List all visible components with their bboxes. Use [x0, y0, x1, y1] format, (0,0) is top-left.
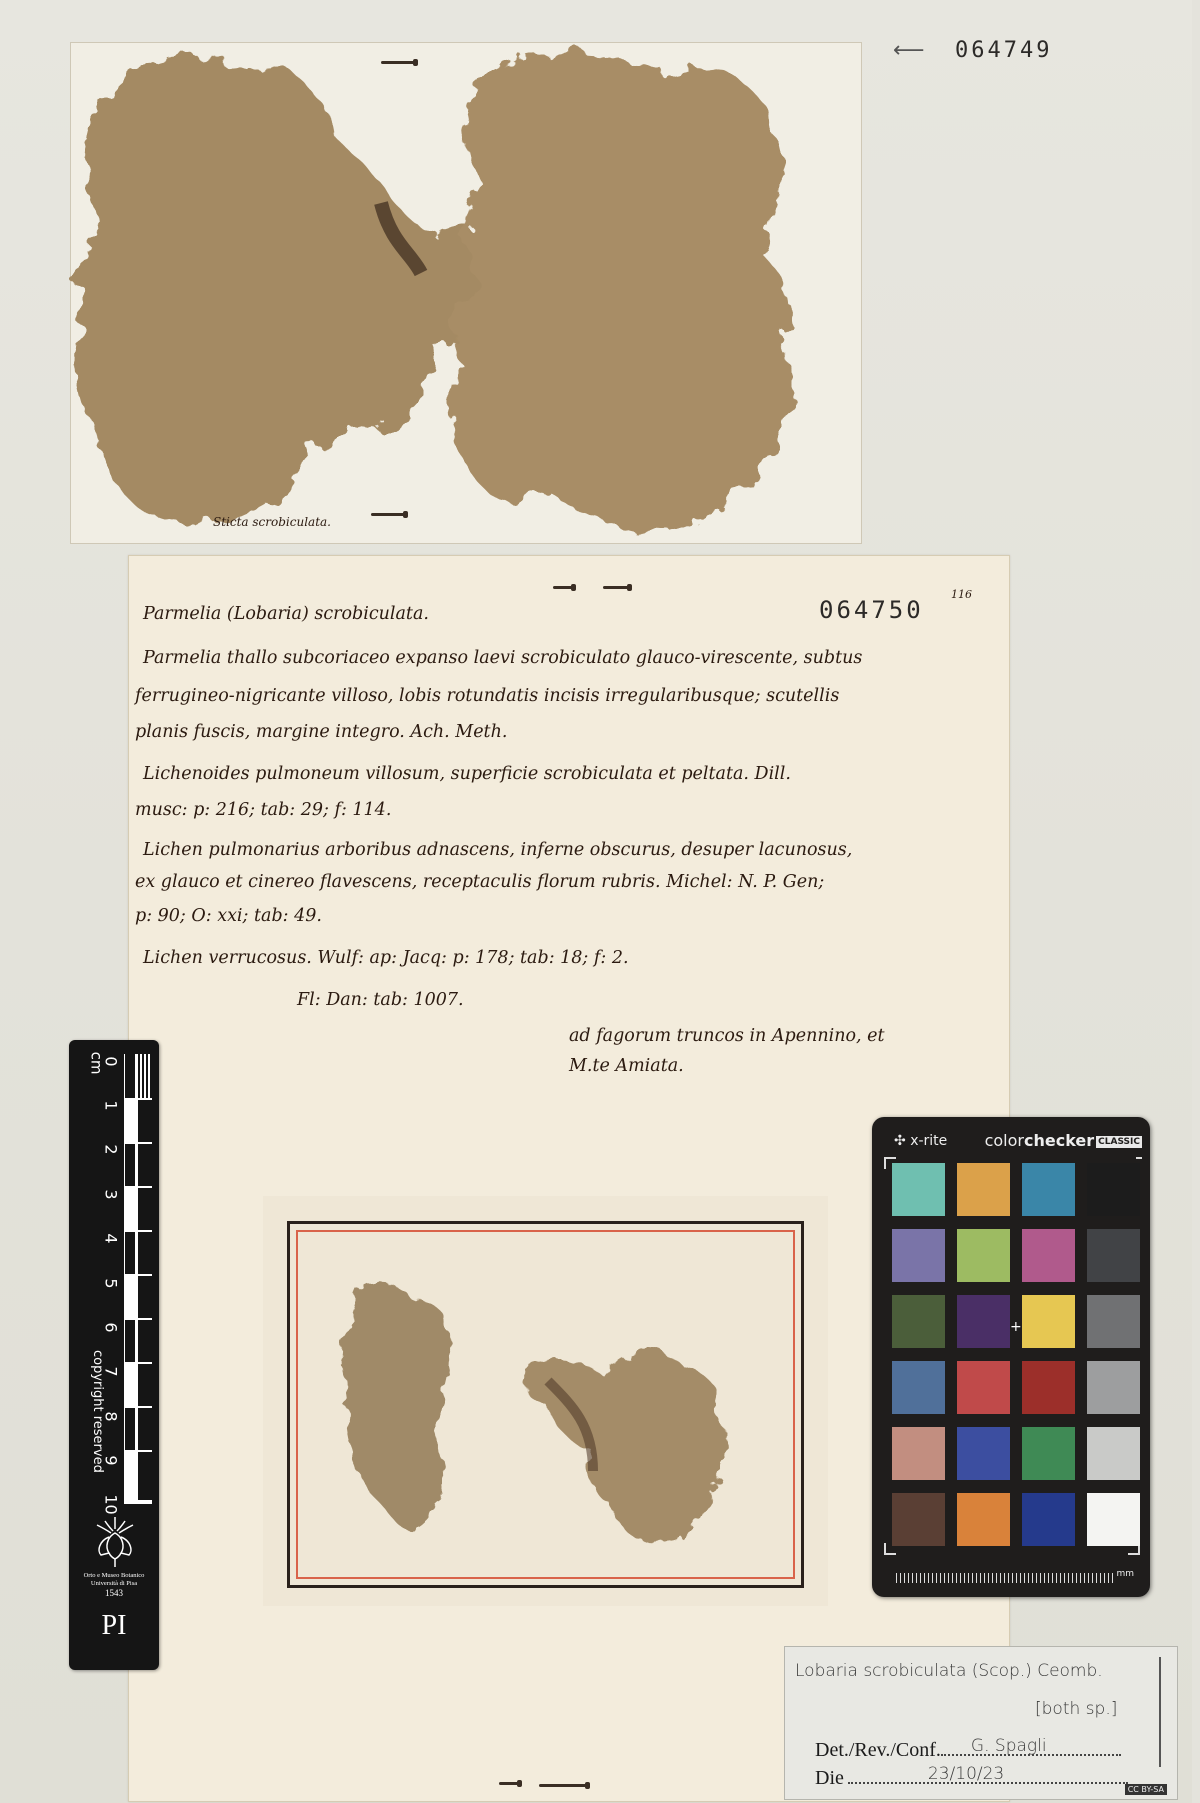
pin: [381, 61, 415, 64]
color-patch: [957, 1427, 1010, 1480]
color-patch: [1022, 1229, 1075, 1282]
det-row: Det./Rev./Conf.G. Spagli: [815, 1739, 1121, 1762]
ruler-tick: 4: [102, 1233, 121, 1243]
label-line: p: 90; O: xxi; tab: 49.: [135, 906, 322, 926]
color-patch: [957, 1163, 1010, 1216]
fritillaria-logo-icon: [91, 1515, 139, 1570]
label-corner-note: 116: [951, 588, 972, 601]
label-line: ex glauco et cinereo flavescens, recepta…: [135, 872, 824, 892]
color-patch: [1022, 1295, 1075, 1348]
color-patch: [1087, 1361, 1140, 1414]
color-patch-grid: [892, 1163, 1140, 1546]
license-badge: CC BY-SA: [1125, 1784, 1167, 1795]
color-patch: [1022, 1427, 1075, 1480]
pin: [499, 1782, 519, 1785]
color-patch: [957, 1493, 1010, 1546]
label-pin: [1159, 1657, 1161, 1767]
ruler-tick: 5: [102, 1278, 121, 1288]
label-line: Lichen pulmonarius arboribus adnascens, …: [143, 840, 852, 860]
lichen-specimen-bottom: [263, 1196, 828, 1606]
framed-specimen-card: [263, 1196, 828, 1606]
color-patch: [1087, 1229, 1140, 1282]
label-line: musc: p: 216; tab: 29; f: 114.: [135, 800, 391, 820]
color-patch: [892, 1229, 945, 1282]
institution-name: Orto e Museo Botanico: [69, 1572, 159, 1579]
color-patch: [1087, 1295, 1140, 1348]
mm-scale: [896, 1573, 1116, 1583]
color-patch: [957, 1229, 1010, 1282]
color-patch: [892, 1427, 945, 1480]
xrite-brand: ✣ x-rite: [894, 1133, 947, 1149]
date-prefix: Die: [815, 1767, 844, 1789]
taxon-note: [both sp.]: [1035, 1699, 1117, 1719]
color-patch: [892, 1361, 945, 1414]
color-patch: [892, 1493, 945, 1546]
determination-date: 23/10/23: [928, 1764, 1004, 1784]
ruler-tick: 3: [102, 1189, 121, 1199]
color-patch: [1022, 1163, 1075, 1216]
institution-name: Università di Pisa: [69, 1580, 159, 1587]
ruler-scale-bar: [124, 1054, 152, 1504]
lichen-specimen-top: [21, 13, 921, 573]
ruler-tick: 10: [102, 1494, 121, 1514]
brand-text: x-rite: [910, 1133, 947, 1149]
label-line: Fl: Dan: tab: 1007.: [297, 990, 464, 1010]
label-line-locality: M.te Amiata.: [569, 1056, 684, 1076]
label-line: Lichenoides pulmoneum villosum, superfic…: [143, 764, 791, 784]
label-line: Lichen verrucosus. Wulf: ap: Jacq: p: 17…: [143, 948, 629, 968]
label-line: Parmelia thallo subcoriaceo expanso laev…: [143, 648, 862, 668]
det-prefix: Det./Rev./Conf.: [815, 1739, 941, 1761]
pin: [539, 1784, 587, 1787]
top-specimen-packet: Sticta scrobiculata.: [70, 42, 862, 544]
pin: [371, 513, 405, 516]
pin: [553, 586, 573, 589]
color-patch: [892, 1295, 945, 1348]
color-patch: [1087, 1427, 1140, 1480]
copyright-notice: copyright reserved: [90, 1350, 105, 1473]
color-patch: [892, 1163, 945, 1216]
color-patch: [1087, 1493, 1140, 1546]
color-patch: [1022, 1361, 1075, 1414]
determination-label: Lobaria scrobiculata (Scop.) Ceomb. [bot…: [784, 1646, 1178, 1800]
taxon-name: Lobaria scrobiculata (Scop.) Ceomb.: [795, 1661, 1103, 1681]
product-light: color: [985, 1131, 1024, 1150]
pin: [603, 586, 629, 589]
catalog-number-label: 064750: [819, 596, 924, 624]
product-bold: checker: [1024, 1131, 1094, 1150]
ruler-tick: 1: [102, 1100, 121, 1110]
color-patch: [957, 1295, 1010, 1348]
classic-badge: CLASSIC: [1096, 1136, 1142, 1148]
date-row: Die 23/10/23: [815, 1767, 1128, 1790]
herbarium-code: PI: [69, 1610, 159, 1642]
catalog-number-top: 064749: [955, 38, 1052, 63]
color-patch: [1087, 1163, 1140, 1216]
ruler-tick: 2: [102, 1144, 121, 1154]
ruler-tick: 0: [102, 1056, 121, 1066]
institution-year: 1543: [69, 1588, 159, 1598]
herbarium-sheet: Sticta scrobiculata. ⟵ 064749 064750 116…: [0, 0, 1192, 1803]
arrow-left-icon: ⟵: [893, 38, 925, 63]
color-checker-card: ✣ x-rite colorcheckerCLASSIC: [872, 1117, 1150, 1597]
crosshair-icon: +: [1010, 1319, 1022, 1335]
ruler-tick: 6: [102, 1322, 121, 1332]
determiner-name: G. Spagli: [971, 1736, 1047, 1756]
color-patch: [1022, 1493, 1075, 1546]
colorchecker-product: colorcheckerCLASSIC: [985, 1131, 1142, 1150]
xrite-logo-icon: ✣: [894, 1133, 906, 1149]
label-line-title: Parmelia (Lobaria) scrobiculata.: [143, 604, 429, 624]
color-patch: [957, 1361, 1010, 1414]
label-line: ferrugineo-nigricante villoso, lobis rot…: [135, 686, 839, 706]
top-paper-annotation: Sticta scrobiculata.: [213, 515, 331, 529]
label-line: planis fuscis, margine integro. Ach. Met…: [135, 722, 507, 742]
scale-ruler: cm 0 1 2 3 4 5 6 7 8 9 10 copyright r: [69, 1040, 159, 1670]
label-line-locality: ad fagorum truncos in Apennino, et: [569, 1026, 885, 1046]
mm-label: mm: [1116, 1569, 1134, 1579]
